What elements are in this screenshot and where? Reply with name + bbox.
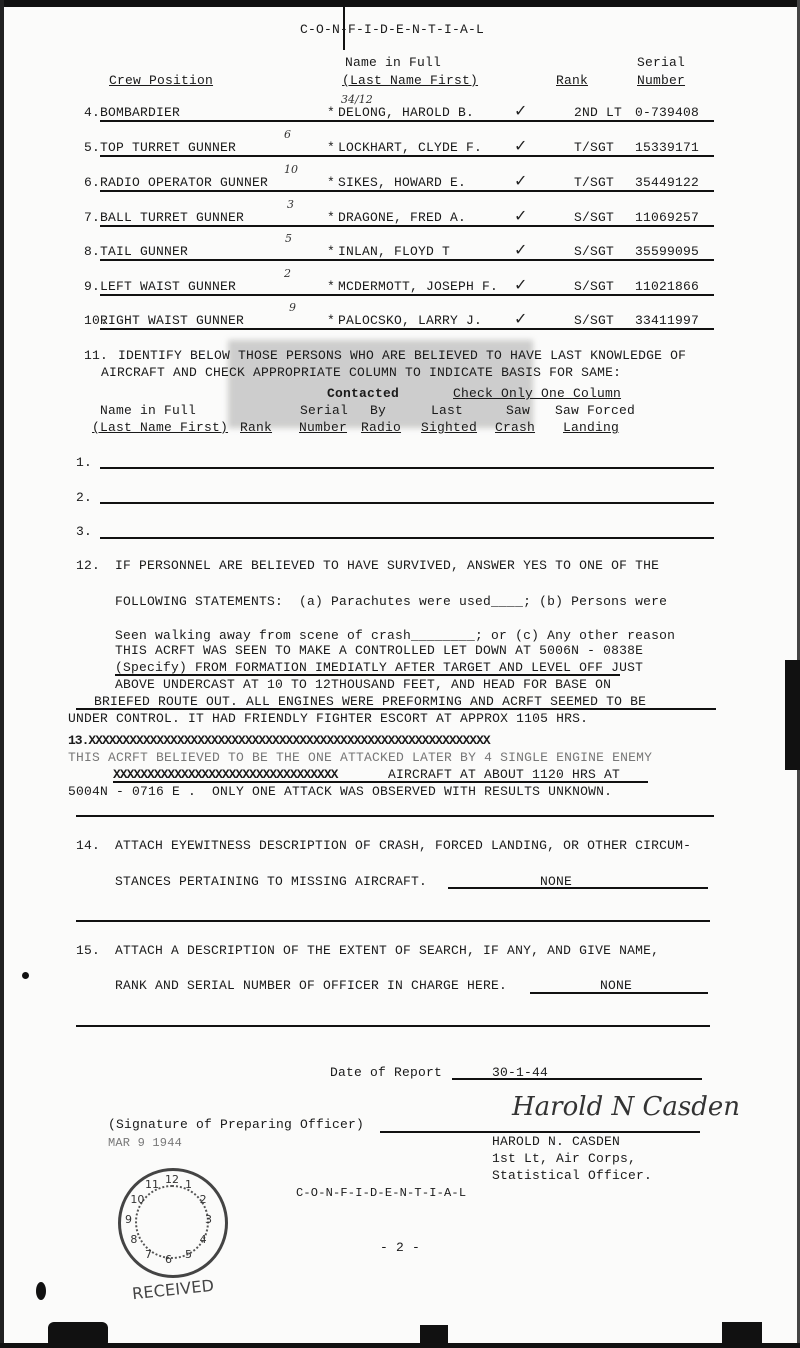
checkmark-icon: ✓	[514, 136, 527, 155]
crew-number: 7.	[84, 210, 100, 225]
crew-serial: 33411997	[635, 313, 699, 328]
col-saw-line2: Crash	[495, 420, 535, 435]
handwritten-signature: Harold N Casden	[512, 1092, 740, 1122]
officer-title: Statistical Officer.	[492, 1168, 652, 1183]
checkmark-icon: ✓	[514, 275, 527, 294]
row-underline	[100, 225, 714, 227]
crew-serial: 35449122	[635, 175, 699, 190]
col-name-line2: (Last Name First)	[92, 420, 228, 435]
date-of-report-label: Date of Report	[330, 1065, 442, 1080]
col-forced-line1: Saw Forced	[555, 403, 635, 418]
scan-blot	[36, 1282, 46, 1300]
date-of-report-line[interactable]	[452, 1078, 702, 1080]
crew-position: TOP TURRET GUNNER	[100, 140, 236, 155]
asterisk-mark: *	[327, 175, 335, 190]
crew-rank: S/SGT	[574, 313, 614, 328]
crew-position: BOMBARDIER	[100, 105, 180, 120]
column-header-name-line2: (Last Name First)	[342, 73, 478, 88]
col-rank: Rank	[240, 420, 272, 435]
section-12-line3: Seen walking away from scene of crash___…	[115, 628, 675, 643]
scan-blot	[48, 1322, 108, 1348]
blank-row-2-number: 2.	[76, 490, 92, 505]
handwritten-annotation: 6	[284, 128, 291, 141]
crew-row: 5.TOP TURRET GUNNER*LOCKHART, CLYDE F.T/…	[84, 140, 724, 158]
section-15-line2: RANK AND SERIAL NUMBER OF OFFICER IN CHA…	[115, 978, 507, 993]
crew-number: 8.	[84, 244, 100, 259]
row-underline	[100, 328, 714, 330]
section-15-number: 15.	[76, 943, 100, 958]
crew-row: 4.BOMBARDIER*DELONG, HAROLD B.2ND LT0-73…	[84, 105, 724, 123]
remarks-underline-2	[115, 674, 620, 676]
crew-rank: S/SGT	[574, 210, 614, 225]
crew-position: TAIL GUNNER	[100, 244, 188, 259]
classification-footer: C-O-N-F-I-D-E-N-T-I-A-L	[296, 1186, 466, 1201]
col-last-line2: Sighted	[421, 420, 477, 435]
received-clock-stamp: 121234567891011	[118, 1168, 228, 1278]
crew-serial: 0-739408	[635, 105, 699, 120]
crew-rank: T/SGT	[574, 175, 614, 190]
crew-position: LEFT WAIST GUNNER	[100, 279, 236, 294]
section-12-line2: FOLLOWING STATEMENTS: (a) Parachutes wer…	[115, 594, 667, 609]
column-header-serial-line2: Number	[637, 73, 685, 88]
col-forced-line2: Landing	[563, 420, 619, 435]
signature-line[interactable]	[380, 1131, 700, 1133]
scan-blot	[785, 660, 800, 770]
crew-name: DELONG, HAROLD B.	[338, 105, 474, 120]
section-13-blank-line	[76, 815, 714, 817]
col-serial-line2: Number	[299, 420, 347, 435]
checkmark-icon: ✓	[514, 309, 527, 328]
contacted-label: Contacted	[327, 386, 399, 401]
asterisk-mark: *	[327, 279, 335, 294]
asterisk-mark: *	[327, 244, 335, 259]
col-serial-line1: Serial	[300, 403, 348, 418]
scan-blot	[22, 972, 29, 979]
column-header-crew-position: Crew Position	[109, 73, 213, 88]
crew-serial: 35599095	[635, 244, 699, 259]
row-underline	[100, 190, 714, 192]
clock-number: 10	[130, 1193, 144, 1206]
clock-number: 12	[165, 1173, 179, 1186]
col-by-line2: Radio	[361, 420, 401, 435]
clock-number: 8	[130, 1233, 137, 1246]
handwritten-annotation: 5	[285, 232, 292, 245]
checkmark-icon: ✓	[514, 206, 527, 225]
section-13-line3: 5004N - 0716 E . ONLY ONE ATTACK WAS OBS…	[68, 784, 612, 799]
section-14-answer-line[interactable]	[448, 887, 708, 889]
section-13-line2-rest: AIRCRAFT AT ABOUT 1120 HRS AT	[388, 767, 620, 782]
blank-row-3-number: 3.	[76, 524, 92, 539]
crew-row: 9.LEFT WAIST GUNNER*MCDERMOTT, JOSEPH F.…	[84, 279, 724, 297]
scan-blot	[722, 1322, 762, 1348]
section-11-number: 11.	[84, 348, 108, 363]
section-11-line2: AIRCRAFT AND CHECK APPROPRIATE COLUMN TO…	[101, 365, 621, 380]
crew-rank: S/SGT	[574, 244, 614, 259]
crew-name: PALOCSKO, LARRY J.	[338, 313, 482, 328]
row-underline	[100, 120, 714, 122]
clock-number: 11	[145, 1178, 159, 1191]
row-underline	[100, 259, 714, 261]
col-last-line1: Last	[431, 403, 463, 418]
remarks-underline-4	[76, 708, 716, 710]
scan-blot	[420, 1325, 448, 1348]
classification-header: C-O-N-F-I-D-E-N-T-I-A-L	[300, 22, 484, 37]
asterisk-mark: *	[327, 210, 335, 225]
remarks-line-2: (Specify) FROM FORMATION IMEDIATLY AFTER…	[115, 660, 643, 675]
clock-number: 4	[200, 1233, 207, 1246]
crew-name: MCDERMOTT, JOSEPH F.	[338, 279, 498, 294]
crew-serial: 15339171	[635, 140, 699, 155]
crew-serial: 11021866	[635, 279, 699, 294]
blank-row-1-line[interactable]	[100, 467, 714, 469]
asterisk-mark: *	[327, 140, 335, 155]
column-header-serial-line1: Serial	[637, 55, 685, 70]
clock-number: 1	[185, 1178, 192, 1191]
col-by-line1: By	[370, 403, 386, 418]
crew-name: DRAGONE, FRED A.	[338, 210, 466, 225]
signature-label: (Signature of Preparing Officer)	[108, 1117, 364, 1132]
clock-number: 9	[125, 1213, 132, 1226]
received-stamp-text: RECEIVED	[131, 1278, 214, 1302]
check-only-one-column-label: Check Only One Column	[453, 386, 621, 401]
asterisk-mark: *	[327, 105, 335, 120]
section-13-underline	[113, 781, 648, 783]
row-underline	[100, 294, 714, 296]
crew-row: 8.TAIL GUNNER*INLAN, FLOYD TS/SGT3559909…	[84, 244, 724, 262]
asterisk-mark: *	[327, 313, 335, 328]
section-14-line1: ATTACH EYEWITNESS DESCRIPTION OF CRASH, …	[115, 838, 691, 853]
column-header-rank: Rank	[556, 73, 588, 88]
section-15-answer: NONE	[600, 978, 632, 993]
section-12-number: 12.	[76, 558, 100, 573]
remarks-line-5: UNDER CONTROL. IT HAD FRIENDLY FIGHTER E…	[68, 711, 588, 726]
crew-position: RIGHT WAIST GUNNER	[100, 313, 244, 328]
clock-number: 7	[145, 1248, 152, 1261]
struck-line-2: XXXXXXXXXXXXXXXXXXXXXXXXXXXXXXXXX	[113, 767, 337, 782]
crew-number: 5.	[84, 140, 100, 155]
crew-rank: T/SGT	[574, 140, 614, 155]
section-12-line1: IF PERSONNEL ARE BELIEVED TO HAVE SURVIV…	[115, 558, 659, 573]
remarks-line-4: BRIEFED ROUTE OUT. ALL ENGINES WERE PREF…	[94, 694, 646, 709]
handwritten-annotation: 9	[289, 301, 296, 314]
checkmark-icon: ✓	[514, 101, 527, 120]
handwritten-annotation: 2	[284, 267, 291, 280]
checkmark-icon: ✓	[514, 171, 527, 190]
crew-number: 6.	[84, 175, 100, 190]
section-14-blank-line	[76, 920, 710, 922]
scan-edge-bottom	[0, 1343, 800, 1348]
crew-position: BALL TURRET GUNNER	[100, 210, 244, 225]
handwritten-annotation: 3	[287, 198, 294, 211]
crew-rank: 2ND LT	[574, 105, 622, 120]
crew-name: SIKES, HOWARD E.	[338, 175, 466, 190]
remarks-line-1: THIS ACRFT WAS SEEN TO MAKE A CONTROLLED…	[115, 643, 643, 658]
scan-edge-top	[0, 0, 800, 7]
handwritten-annotation: 34/12	[341, 93, 373, 106]
remarks-line-3: ABOVE UNDERCAST AT 10 TO 12THOUSAND FEET…	[115, 677, 611, 692]
clock-number: 2	[200, 1193, 207, 1206]
crew-row: 7.BALL TURRET GUNNER*DRAGONE, FRED A.S/S…	[84, 210, 724, 228]
scan-edge-left	[0, 0, 4, 1348]
crew-number: 9.	[84, 279, 100, 294]
page-number: - 2 -	[380, 1240, 420, 1255]
clock-number: 6	[165, 1253, 172, 1266]
section-14-number: 14.	[76, 838, 100, 853]
crew-rank: S/SGT	[574, 279, 614, 294]
handwritten-annotation: 10	[284, 163, 298, 176]
row-underline	[100, 155, 714, 157]
blank-row-1-number: 1.	[76, 455, 92, 470]
crew-serial: 11069257	[635, 210, 699, 225]
section-11-line1: IDENTIFY BELOW THOSE PERSONS WHO ARE BEL…	[118, 348, 686, 363]
column-header-name-line1: Name in Full	[345, 55, 441, 70]
blank-row-2-line[interactable]	[100, 502, 714, 504]
received-date-stamp: MAR 9 1944	[108, 1136, 182, 1151]
officer-name: HAROLD N. CASDEN	[492, 1134, 620, 1149]
crew-row: 10.RIGHT WAIST GUNNER*PALOCSKO, LARRY J.…	[84, 313, 724, 331]
crew-name: LOCKHART, CLYDE F.	[338, 140, 482, 155]
section-14-line2: STANCES PERTAINING TO MISSING AIRCRAFT.	[115, 874, 427, 889]
section-15-answer-line[interactable]	[530, 992, 708, 994]
blank-row-3-line[interactable]	[100, 537, 714, 539]
crew-position: RADIO OPERATOR GUNNER	[100, 175, 268, 190]
clock-number: 5	[185, 1248, 192, 1261]
col-name-line1: Name in Full	[100, 403, 196, 418]
officer-rank: 1st Lt, Air Corps,	[492, 1151, 636, 1166]
section-15-blank-line	[76, 1025, 710, 1027]
checkmark-icon: ✓	[514, 240, 527, 259]
document-page: C-O-N-F-I-D-E-N-T-I-A-L Name in Full Ser…	[0, 0, 800, 1348]
clock-number: 3	[205, 1213, 212, 1226]
struck-line-1: 13.XXXXXXXXXXXXXXXXXXXXXXXXXXXXXXXXXXXXX…	[68, 733, 490, 748]
section-15-line1: ATTACH A DESCRIPTION OF THE EXTENT OF SE…	[115, 943, 659, 958]
crew-number: 4.	[84, 105, 100, 120]
col-saw-line1: Saw	[506, 403, 530, 418]
crew-row: 6.RADIO OPERATOR GUNNER*SIKES, HOWARD E.…	[84, 175, 724, 193]
section-13-line1: THIS ACRFT BELIEVED TO BE THE ONE ATTACK…	[68, 750, 652, 765]
crew-name: INLAN, FLOYD T	[338, 244, 450, 259]
